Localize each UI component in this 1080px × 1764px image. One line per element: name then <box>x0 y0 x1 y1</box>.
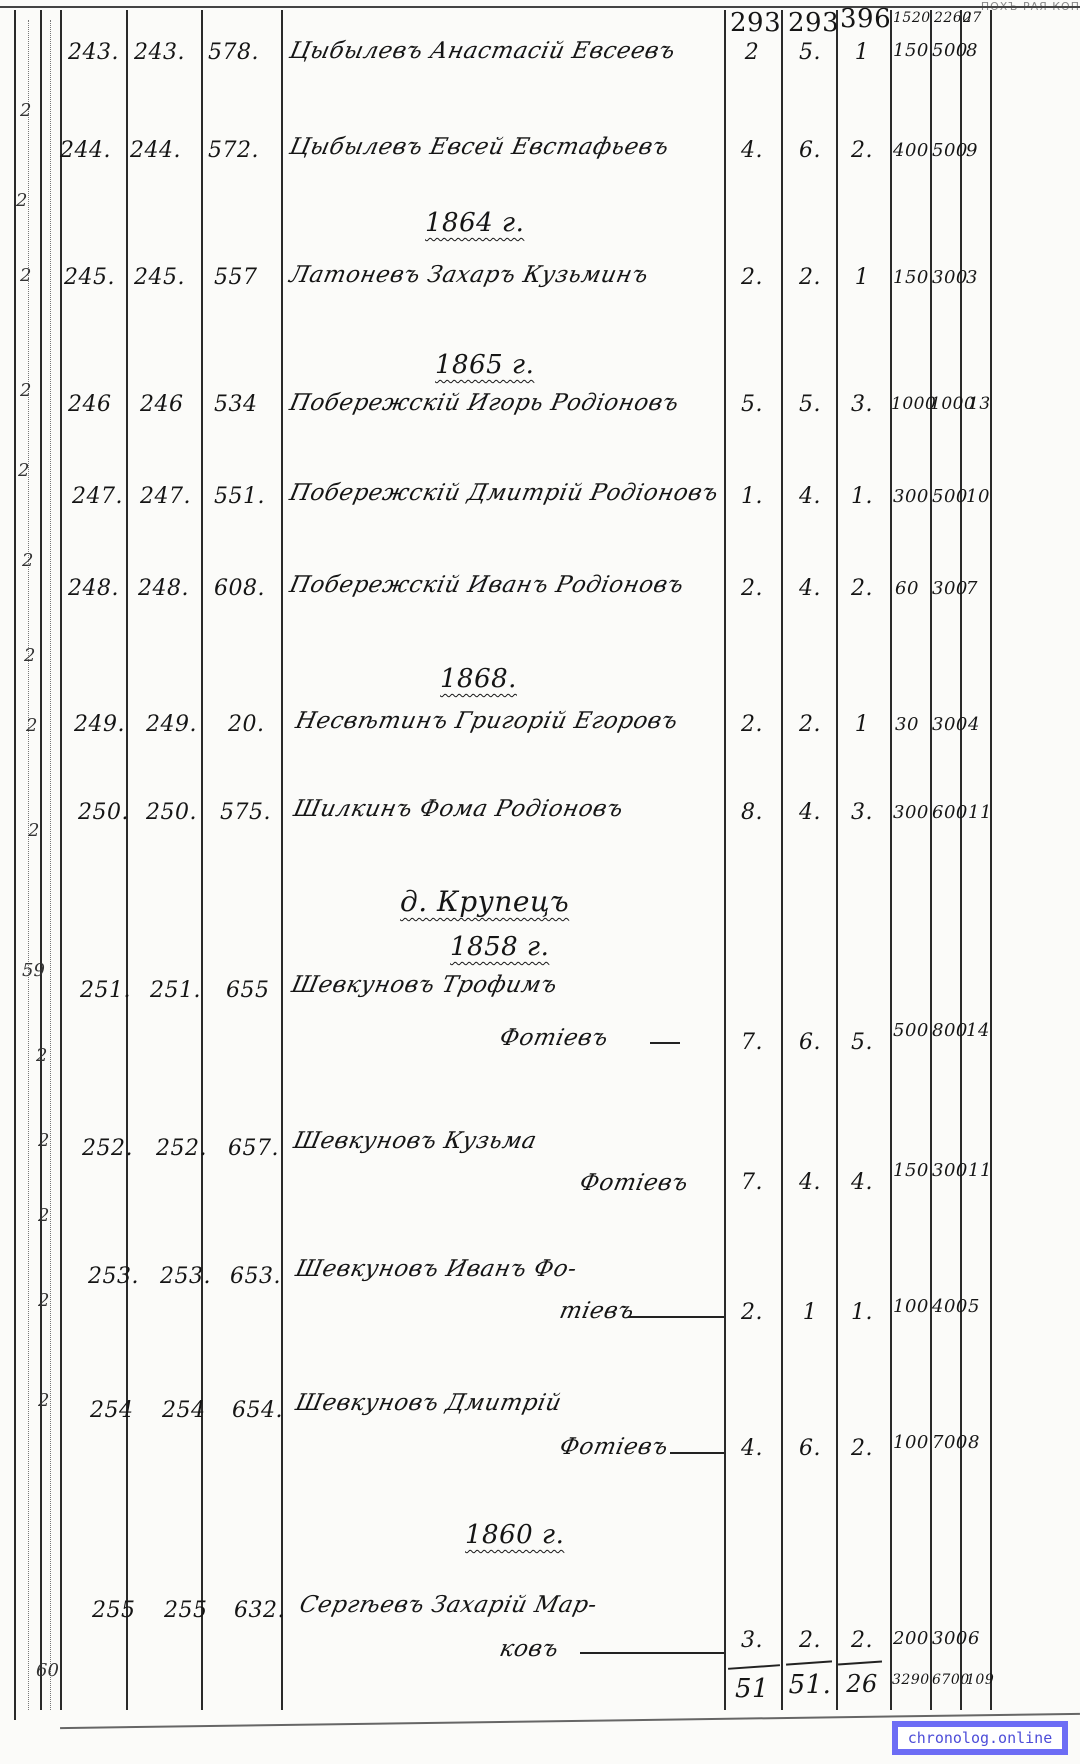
register-page: ПОХЪ РАЯ КОП 293 293 396 1520 2260 27 2 … <box>0 0 1080 1764</box>
value-col-6: 9 <box>966 140 978 161</box>
value-col-6: 8 <box>968 1432 980 1453</box>
value-col-1: 5. <box>730 392 774 417</box>
value-col-2: 2. <box>788 265 832 290</box>
row-number: 243. <box>68 40 119 65</box>
row-number: 246 <box>68 392 112 417</box>
watermark-text: chronolog.online <box>898 1727 1063 1749</box>
value-col-2: 6. <box>788 1436 832 1461</box>
column-header: 293 <box>788 8 839 38</box>
binding-dotted-line <box>50 20 51 1710</box>
value-col-5: 500 <box>932 40 968 61</box>
total-rule <box>786 1660 832 1665</box>
total-col-3: 26 <box>840 1670 884 1698</box>
margin-note: 2 <box>36 1045 47 1066</box>
column-header: 396 <box>840 4 891 34</box>
household-number: 654. <box>232 1398 283 1423</box>
value-col-2: 4. <box>788 484 832 509</box>
row-number: 250. <box>78 800 129 825</box>
household-number: 657. <box>228 1136 279 1161</box>
value-col-4: 150 <box>893 1160 929 1181</box>
row-number: 248. <box>68 576 119 601</box>
row-number: 254 <box>90 1398 134 1423</box>
fill-dash <box>670 1452 724 1454</box>
value-col-4: 60 <box>895 578 919 599</box>
row-number: 244. <box>60 138 111 163</box>
value-col-4: 100 <box>893 1296 929 1317</box>
person-name: Шевкуновъ Кузьма <box>291 1128 539 1154</box>
household-number: 20. <box>228 712 265 737</box>
household-number: 575. <box>220 800 271 825</box>
section-village: д. Крупецъ <box>400 885 569 918</box>
total-rule <box>728 1664 780 1669</box>
row-number-2: 249. <box>146 712 197 737</box>
row-number: 245. <box>64 265 115 290</box>
value-col-1: 1. <box>730 484 774 509</box>
value-col-1: 4. <box>730 138 774 163</box>
person-name: Несвѣтинъ Григорій Егоровъ <box>293 708 680 734</box>
top-rule <box>0 6 1080 8</box>
col-divider-1 <box>126 10 128 1710</box>
value-col-2: 4. <box>788 1170 832 1195</box>
margin-note: 2 <box>16 190 27 211</box>
household-number: 572. <box>208 138 259 163</box>
value-col-2: 6. <box>788 1030 832 1055</box>
household-number: 578. <box>208 40 259 65</box>
value-col-1: 2. <box>730 576 774 601</box>
margin-note: 2 <box>20 100 31 121</box>
column-header: 1520 <box>893 10 931 26</box>
margin-line <box>14 10 16 1720</box>
value-col-1: 8. <box>730 800 774 825</box>
fill-dash <box>628 1316 724 1318</box>
section-year: 1868. <box>440 664 517 694</box>
value-col-5: 600 <box>932 802 968 823</box>
value-col-4: 300 <box>893 486 929 507</box>
fill-dash <box>580 1652 724 1654</box>
value-col-2: 2. <box>788 712 832 737</box>
person-name: Шевкуновъ Дмитрій <box>293 1390 564 1416</box>
value-col-1: 2. <box>730 1300 774 1325</box>
person-name: Шилкинъ Фома Родіоновъ <box>291 796 625 822</box>
value-col-2: 5. <box>788 392 832 417</box>
household-number: 551. <box>214 484 265 509</box>
value-col-3: 2. <box>840 1628 884 1653</box>
margin-note: 2 <box>38 1390 49 1411</box>
value-col-6: 11 <box>968 802 992 823</box>
total-col-4: 3290 <box>892 1672 930 1688</box>
person-patronymic: Фотіевъ <box>497 1025 610 1051</box>
value-col-1: 7. <box>730 1030 774 1055</box>
fill-dash <box>650 1042 680 1044</box>
row-number-2: 247. <box>140 484 191 509</box>
margin-note: 2 <box>26 715 37 736</box>
col-divider-4 <box>724 10 726 1710</box>
person-name: Побережскій Игорь Родіоновъ <box>287 390 681 416</box>
section-year: 1858 г. <box>450 932 549 962</box>
margin-note: 2 <box>38 1130 49 1151</box>
person-name: Побережскій Иванъ Родіоновъ <box>287 572 686 598</box>
value-col-6: 5 <box>968 1296 980 1317</box>
value-col-6: 13 <box>968 394 991 414</box>
row-number-2: 250. <box>146 800 197 825</box>
value-col-6: 11 <box>968 1160 992 1181</box>
person-patronymic: Фотіевъ <box>557 1434 670 1460</box>
column-header: 27 <box>963 10 982 26</box>
margin-note: 2 <box>20 265 31 286</box>
col-divider-6 <box>836 10 838 1710</box>
value-col-2: 1 <box>788 1300 832 1325</box>
watermark: chronolog.online <box>892 1721 1068 1755</box>
row-number: 251. <box>80 978 131 1003</box>
value-col-6: 7 <box>966 578 978 599</box>
column-header: 293 <box>730 8 781 38</box>
value-col-4: 200 <box>893 1628 929 1649</box>
value-col-4: 100 <box>893 1432 929 1453</box>
value-col-3: 3. <box>840 800 884 825</box>
row-number-2: 255 <box>164 1598 208 1623</box>
value-col-6: 3 <box>966 267 978 288</box>
value-col-5: 500 <box>932 486 968 507</box>
margin-note: 60 <box>36 1660 59 1681</box>
person-name: Латоневъ Захаръ Кузьминъ <box>287 262 651 288</box>
person-patronymic: Фотіевъ <box>577 1170 690 1196</box>
person-patronymic: тіевъ <box>557 1298 637 1324</box>
col-divider-2 <box>201 10 203 1710</box>
margin-note: 2 <box>38 1205 49 1226</box>
value-col-6: 8 <box>966 40 978 61</box>
margin-note: 2 <box>28 820 39 841</box>
value-col-3: 1 <box>840 712 884 737</box>
margin-note: 2 <box>24 645 35 666</box>
row-number: 249. <box>74 712 125 737</box>
binding-line <box>40 10 42 1710</box>
row-number-2: 248. <box>138 576 189 601</box>
person-name: Цыбылевъ Евсей Евстафьевъ <box>287 134 671 160</box>
value-col-5: 800 <box>932 1020 968 1041</box>
value-col-5: 500 <box>932 140 968 161</box>
total-col-2: 51. <box>788 1670 832 1700</box>
row-number-2: 252. <box>156 1136 207 1161</box>
value-col-2: 4. <box>788 800 832 825</box>
value-col-3: 1 <box>840 265 884 290</box>
value-col-1: 2. <box>730 712 774 737</box>
person-name: Шевкуновъ Иванъ Фо- <box>293 1256 579 1282</box>
value-col-2: 6. <box>788 138 832 163</box>
value-col-4: 400 <box>893 140 929 161</box>
row-number-2: 246 <box>140 392 184 417</box>
person-name: Шевкуновъ Трофимъ <box>289 972 560 998</box>
value-col-5: 300 <box>932 1160 968 1181</box>
section-year: 1865 г. <box>435 350 534 380</box>
value-col-5: 700 <box>932 1432 968 1453</box>
value-col-4: 150 <box>893 40 929 61</box>
row-number-2: 253. <box>160 1264 211 1289</box>
value-col-3: 1. <box>840 484 884 509</box>
value-col-1: 4. <box>730 1436 774 1461</box>
row-number: 255 <box>92 1598 136 1623</box>
margin-note: 2 <box>20 380 31 401</box>
total-col-5: 6700 <box>932 1672 970 1688</box>
row-number-2: 251. <box>150 978 201 1003</box>
value-col-3: 2. <box>840 1436 884 1461</box>
value-col-4: 500 <box>893 1020 929 1041</box>
col-divider-5 <box>781 10 783 1710</box>
person-patronymic: ковъ <box>497 1636 561 1662</box>
value-col-2: 5. <box>788 40 832 65</box>
value-col-3: 1 <box>840 40 884 65</box>
row-number: 252. <box>82 1136 133 1161</box>
value-col-5: 300 <box>932 714 968 735</box>
section-year: 1860 г. <box>465 1520 564 1550</box>
value-col-4: 150 <box>893 267 929 288</box>
value-col-1: 3. <box>730 1628 774 1653</box>
value-col-4: 300 <box>893 802 929 823</box>
household-number: 653. <box>230 1264 281 1289</box>
col-divider-9 <box>960 10 962 1710</box>
value-col-1: 2. <box>730 265 774 290</box>
margin-note: 2 <box>18 460 29 481</box>
value-col-2: 2. <box>788 1628 832 1653</box>
person-name: Цыбылевъ Анастасій Евсеевъ <box>287 38 677 64</box>
value-col-5: 300 <box>932 1628 968 1649</box>
value-col-5: 300 <box>932 578 968 599</box>
value-col-3: 3. <box>840 392 884 417</box>
col-divider-8 <box>930 10 932 1710</box>
value-col-3: 2. <box>840 138 884 163</box>
col-divider-7 <box>890 10 892 1710</box>
value-col-5: 300 <box>932 267 968 288</box>
margin-note: 2 <box>22 550 33 571</box>
value-col-1: 2 <box>730 40 774 65</box>
value-col-6: 6 <box>968 1628 980 1649</box>
value-col-3: 1. <box>840 1300 884 1325</box>
household-number: 632. <box>234 1598 285 1623</box>
household-number: 655 <box>226 978 270 1003</box>
section-year: 1864 г. <box>425 208 524 238</box>
value-col-1: 7. <box>730 1170 774 1195</box>
value-col-3: 2. <box>840 576 884 601</box>
value-col-3: 4. <box>840 1170 884 1195</box>
row-number-2: 254 <box>162 1398 206 1423</box>
col-divider-10 <box>990 10 992 1710</box>
household-number: 534 <box>214 392 258 417</box>
value-col-5: 400 <box>932 1296 968 1317</box>
value-col-6: 14 <box>966 1020 990 1041</box>
value-col-6: 4 <box>968 714 980 735</box>
total-col-1: 51 <box>730 1674 774 1704</box>
value-col-3: 5. <box>840 1030 884 1055</box>
row-number: 253. <box>88 1264 139 1289</box>
value-col-4: 30 <box>895 714 919 735</box>
total-rule <box>838 1660 882 1665</box>
row-number-2: 245. <box>134 265 185 290</box>
value-col-6: 10 <box>966 486 990 507</box>
binding-line-inner <box>60 10 62 1710</box>
household-number: 557 <box>214 265 258 290</box>
row-number-2: 244. <box>130 138 181 163</box>
person-name: Побережскій Дмитрій Родіоновъ <box>287 480 721 506</box>
total-col-6: 109 <box>966 1672 994 1688</box>
margin-note: 2 <box>38 1290 49 1311</box>
col-divider-3 <box>281 10 283 1710</box>
margin-note: 59 <box>22 960 45 981</box>
person-name: Сергѣевъ Захарій Мар- <box>297 1592 599 1618</box>
household-number: 608. <box>214 576 265 601</box>
value-col-2: 4. <box>788 576 832 601</box>
row-number-2: 243. <box>134 40 185 65</box>
row-number: 247. <box>72 484 123 509</box>
